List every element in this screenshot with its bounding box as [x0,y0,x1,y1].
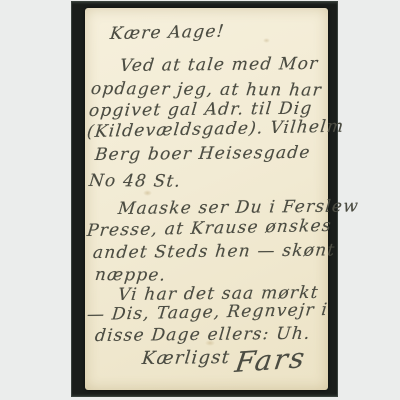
signature: Fars [233,341,309,379]
handwriting-line: Ved at tale med Mor [119,54,319,76]
page-background: Kære Aage! Ved at tale med Mor opdager j… [0,0,400,400]
handwriting-line: næppe. [94,265,167,285]
salutation-line: Kære Aage! [109,22,226,44]
handwriting-line: opdager jeg, at hun har [90,79,323,101]
handwriting-line: — Dis, Taage, Regnvejr i [86,300,329,325]
postcard: Kære Aage! Ved at tale med Mor opdager j… [85,8,328,390]
handwriting-line: Presse, at Krause ønskes [86,216,333,241]
closing-line: Kærligst [141,347,231,369]
postcard-photo: Kære Aage! Ved at tale med Mor opdager j… [71,1,338,397]
handwriting-line: Berg boer Heisesgade [94,143,312,165]
handwriting-line: No 48 St. [88,171,182,192]
handwriting-line: andet Steds hen — skønt [92,240,336,263]
age-spot [263,38,270,43]
handwriting-line: (Kildevældsgade). Vilhelm [86,117,345,142]
